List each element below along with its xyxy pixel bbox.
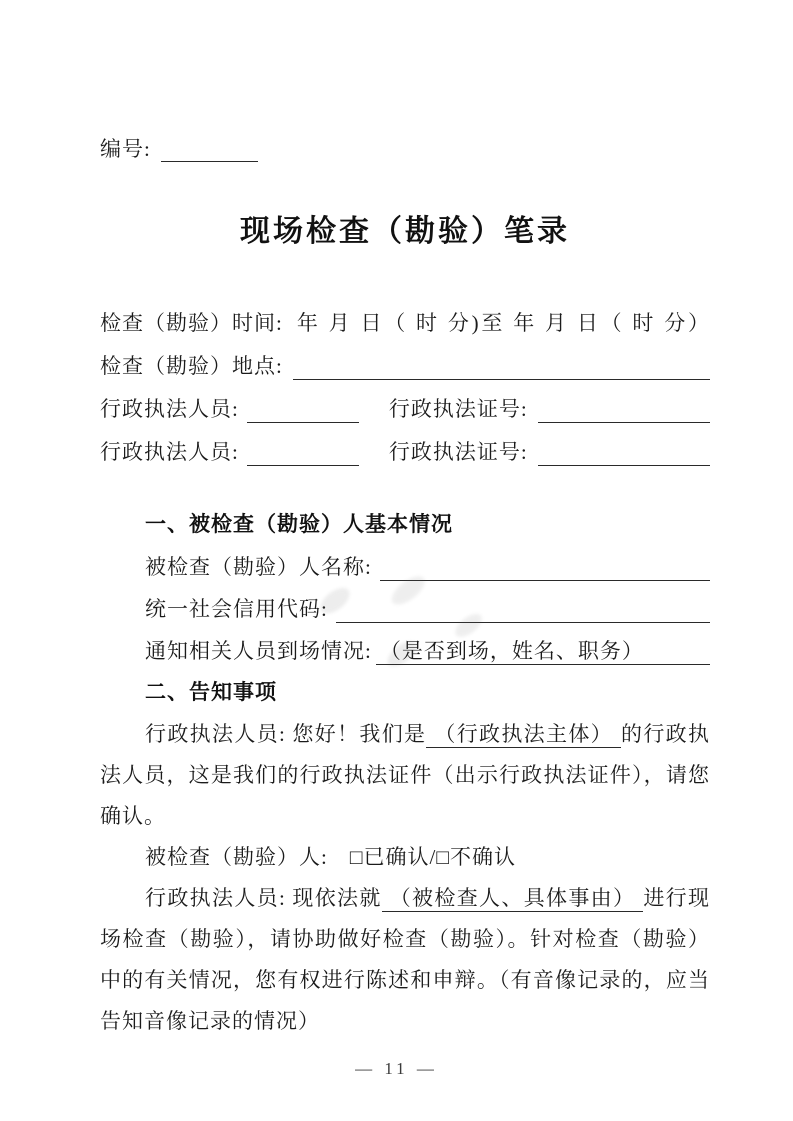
credit-code-blank-field	[336, 588, 710, 623]
page-number: — 11 —	[0, 1059, 793, 1079]
notify-presence-blank-field	[648, 630, 710, 665]
document-title: 现场检查（勘验）笔录	[100, 210, 710, 254]
paragraph2-prefix: 行政执法人员: 现依法就	[145, 886, 382, 910]
inspection-location-label: 检查（勘验）地点:	[100, 345, 283, 388]
officer-name-blank-field	[247, 431, 359, 466]
officer-cert-label: 行政执法证号:	[389, 431, 528, 474]
serial-number-blank-field	[161, 128, 258, 162]
inspection-location-blank-field	[293, 345, 710, 380]
confirmation-label: 被检查（勘验）人:	[145, 837, 328, 878]
section2-heading: 二、告知事项	[100, 672, 710, 714]
officer-row-2: 行政执法人员: 行政执法证号:	[100, 431, 710, 474]
officer-name-label: 行政执法人员:	[100, 388, 239, 431]
inspection-time-row: 检查（勘验）时间: 年 月 日（ 时 分)至 年 月 日（ 时 分）	[100, 302, 710, 345]
serial-number-row: 编号:	[100, 128, 710, 170]
serial-number-label: 编号:	[100, 128, 151, 170]
inspected-party-reason-placeholder: （被检查人、具体事由）	[382, 886, 644, 912]
credit-code-row: 统一社会信用代码:	[100, 588, 710, 630]
officer-name-blank-field	[247, 388, 359, 423]
notice-paragraph-1: 行政执法人员: 您好！我们是（行政执法主体）的行政执法人员，这是我们的行政执法证…	[100, 714, 710, 837]
scanned-form-page: 编号: 现场检查（勘验）笔录 检查（勘验）时间: 年 月 日（ 时 分)至 年 …	[0, 0, 793, 1121]
inspection-location-row: 检查（勘验）地点:	[100, 345, 710, 388]
form-content: 编号: 现场检查（勘验）笔录 检查（勘验）时间: 年 月 日（ 时 分)至 年 …	[0, 0, 793, 1042]
officer-cert-label: 行政执法证号:	[389, 388, 528, 431]
officer-cert-blank-field	[538, 431, 710, 466]
credit-code-label: 统一社会信用代码:	[145, 588, 328, 630]
inspected-party-name-row: 被检查（勘验）人名称:	[100, 546, 710, 588]
enforcement-subject-placeholder: （行政执法主体）	[426, 722, 621, 748]
inspection-time-value: 年 月 日（ 时 分)至 年 月 日（ 时 分）	[297, 302, 710, 345]
section1-heading: 一、被检查（勘验）人基本情况	[100, 504, 710, 546]
header-fields-block: 检查（勘验）时间: 年 月 日（ 时 分)至 年 月 日（ 时 分） 检查（勘验…	[100, 302, 710, 474]
officer-row-1: 行政执法人员: 行政执法证号:	[100, 388, 710, 431]
inspection-time-label: 检查（勘验）时间:	[100, 302, 283, 345]
notify-presence-hint: （是否到场，姓名、职务）	[376, 630, 648, 665]
inspected-party-name-blank-field	[380, 546, 710, 581]
confirmation-row: 被检查（勘验）人: □已确认/□不确认	[100, 837, 710, 878]
paragraph1-prefix: 行政执法人员: 您好！我们是	[145, 722, 426, 746]
inspected-party-name-label: 被检查（勘验）人名称:	[145, 546, 372, 588]
confirmation-checkboxes: □已确认/□不确认	[350, 837, 516, 878]
officer-name-label: 行政执法人员:	[100, 431, 239, 474]
notify-presence-label: 通知相关人员到场情况:	[145, 630, 372, 672]
notice-paragraph-2: 行政执法人员: 现依法就（被检查人、具体事由）进行现场检查（勘验），请协助做好检…	[100, 878, 710, 1042]
officer-cert-blank-field	[538, 388, 710, 423]
notify-presence-row: 通知相关人员到场情况: （是否到场，姓名、职务）	[100, 630, 710, 672]
